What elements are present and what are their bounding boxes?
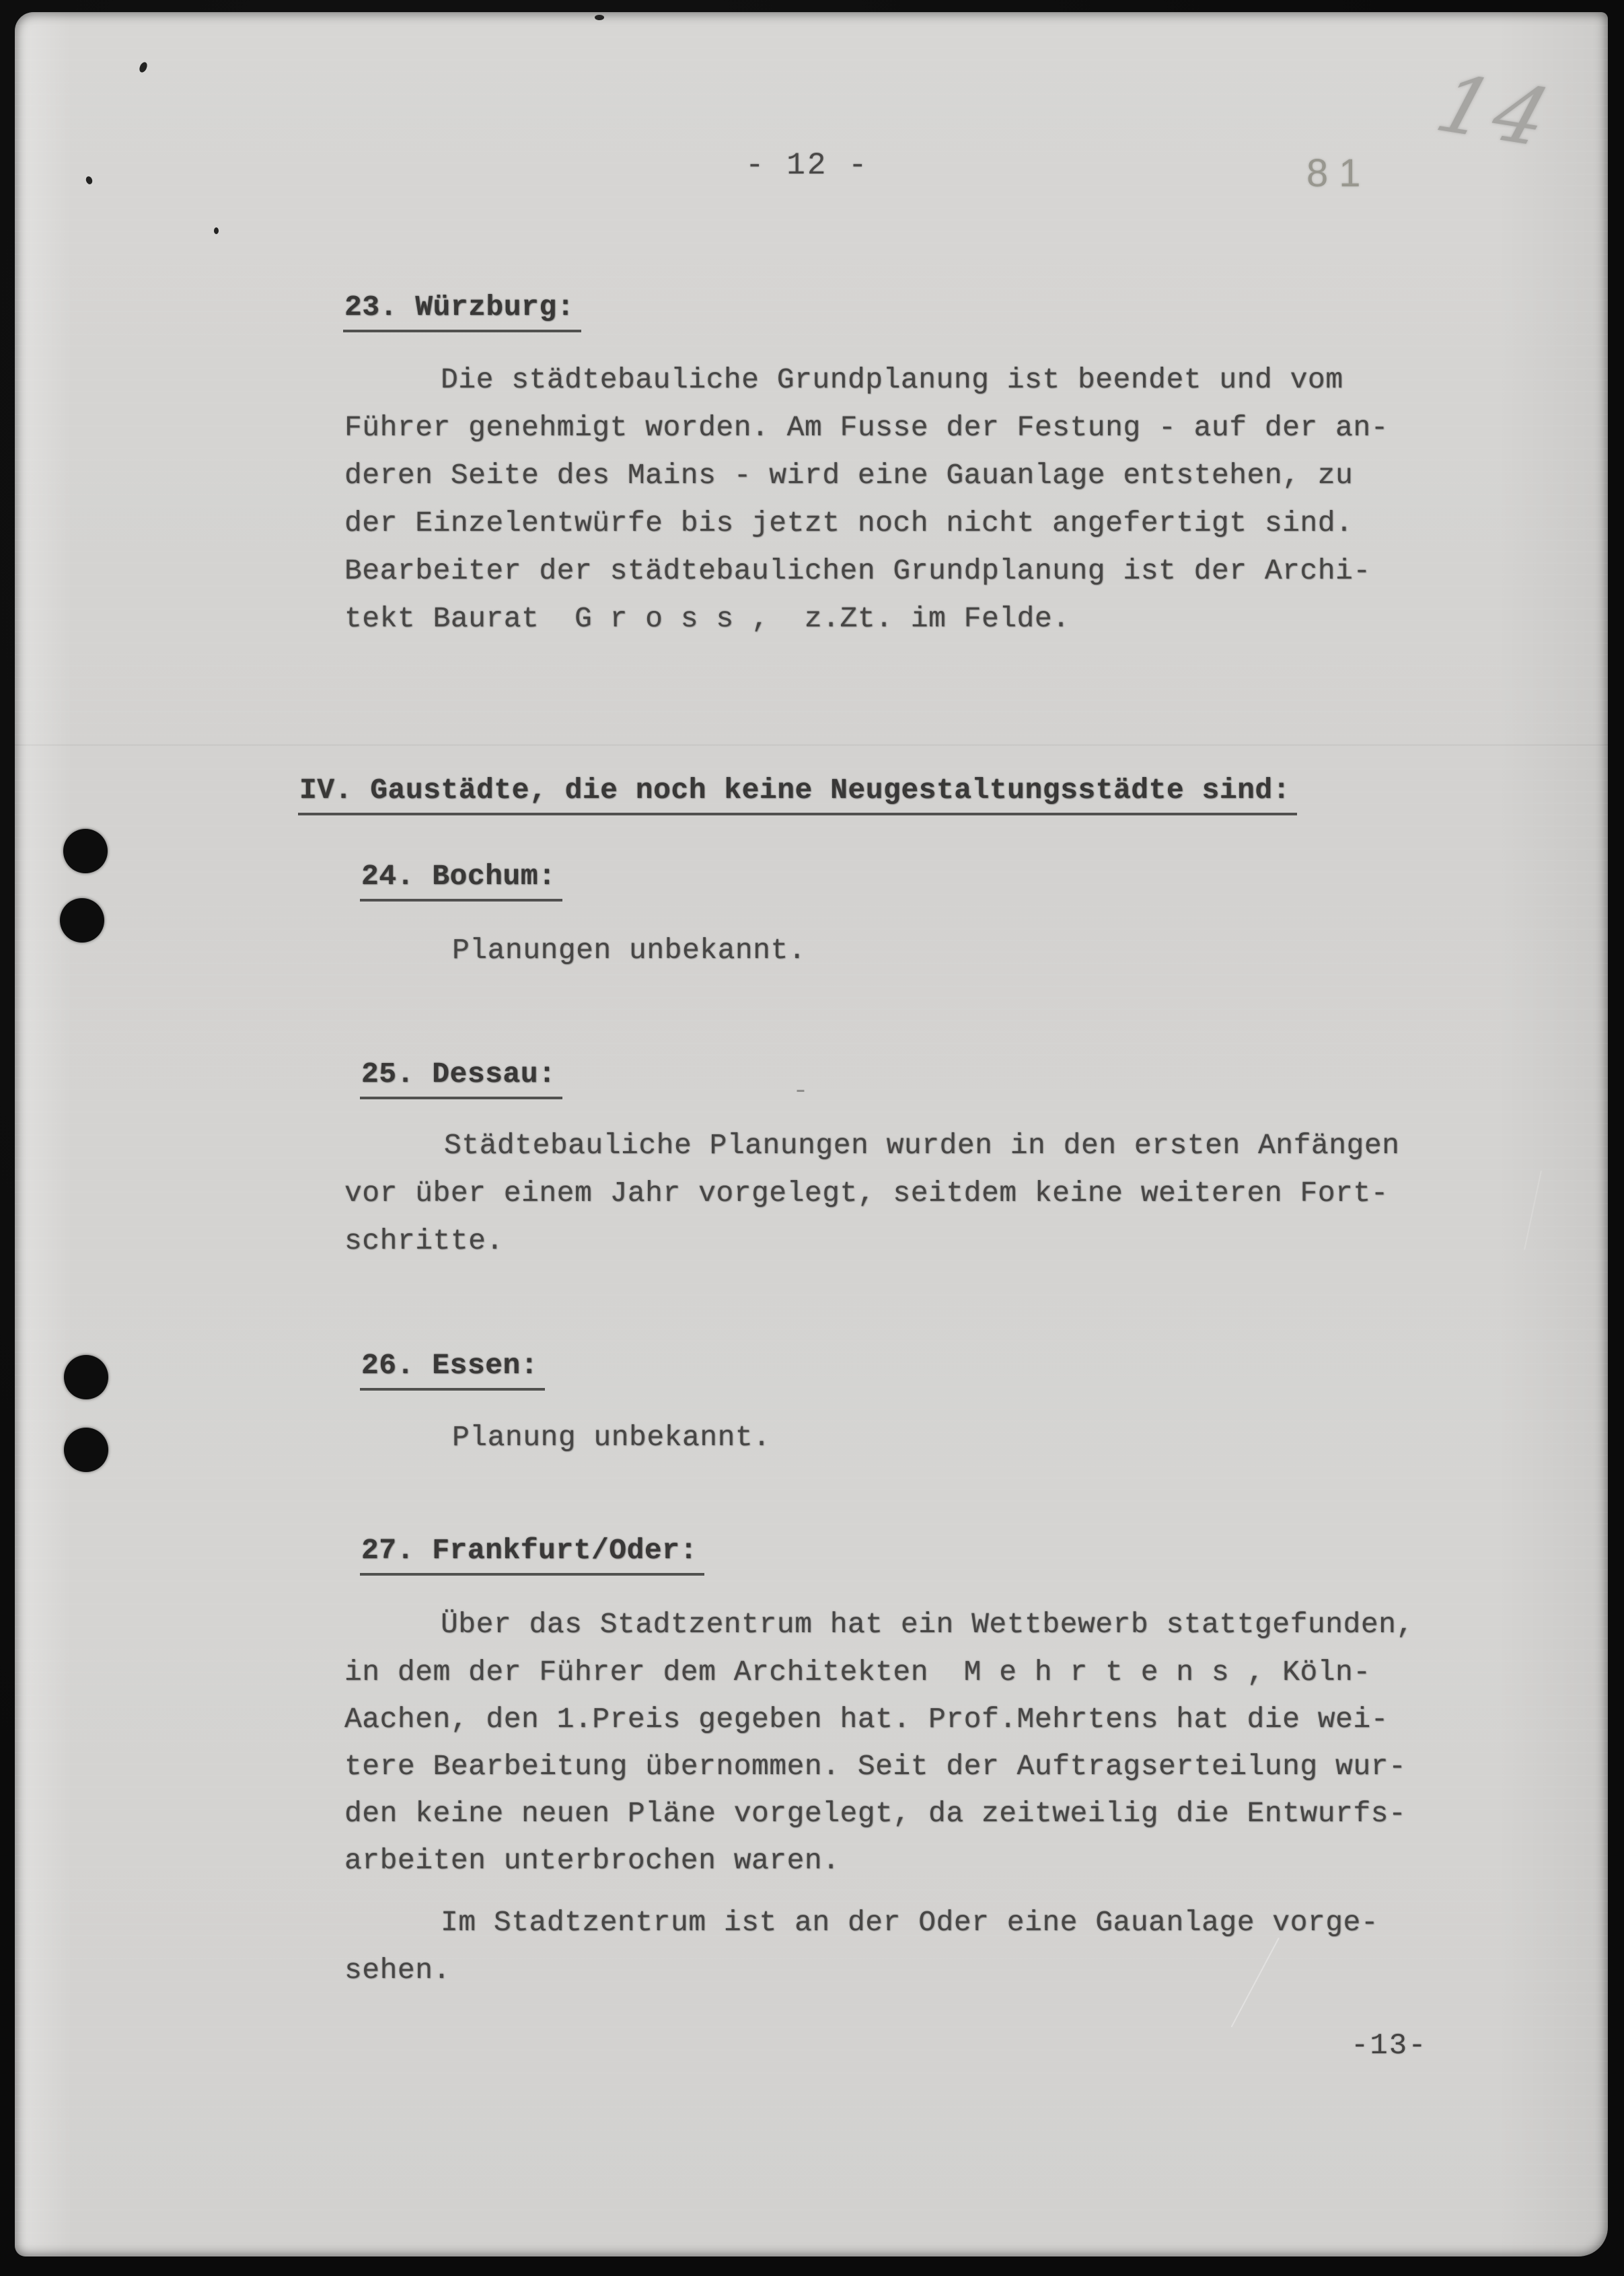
section-heading-dessau: 25. Dessau:	[360, 1058, 562, 1099]
text-line: vor über einem Jahr vorgelegt, seitdem k…	[344, 1177, 1389, 1210]
section-heading-essen: 26. Essen:	[360, 1349, 545, 1391]
punch-hole	[64, 1355, 108, 1399]
text-line: Planungen unbekannt.	[452, 934, 806, 967]
punch-hole	[64, 1428, 108, 1472]
text-line: tere Bearbeitung übernommen. Seit der Au…	[344, 1750, 1406, 1783]
page-number: - 12 -	[745, 148, 869, 183]
chapter-heading-iv: IV. Gaustädte, die noch keine Neugestalt…	[298, 774, 1297, 815]
text-line: arbeiten unterbrochen waren.	[344, 1844, 840, 1877]
punch-hole	[63, 829, 108, 873]
text-line: sehen.	[344, 1954, 451, 1987]
text-line: Führer genehmigt worden. Am Fusse der Fe…	[344, 411, 1389, 444]
archive-stamp-number: 81	[1306, 151, 1372, 196]
section-heading-wuerzburg: 23. Würzburg:	[343, 291, 581, 332]
text-line: Bearbeiter der städtebaulichen Grundplan…	[344, 554, 1371, 587]
text-line: den keine neuen Pläne vorgelegt, da zeit…	[344, 1797, 1406, 1830]
text-line: Im Stadtzentrum ist an der Oder eine Gau…	[441, 1906, 1378, 1939]
text-line: Städtebauliche Planungen wurden in den e…	[444, 1129, 1399, 1162]
text-line: Die städtebauliche Grundplanung ist been…	[441, 363, 1343, 396]
section-heading-bochum: 24. Bochum:	[360, 860, 562, 902]
text-line: deren Seite des Mains - wird eine Gauanl…	[344, 459, 1353, 492]
text-line: in dem der Führer dem Architekten M e h …	[344, 1656, 1371, 1689]
text-line: der Einzelentwürfe bis jetzt noch nicht …	[344, 507, 1353, 540]
dust-speck	[595, 15, 604, 20]
dust-speck	[214, 227, 219, 234]
stray-mark: -	[792, 1076, 809, 1107]
punch-hole	[60, 898, 104, 943]
section-heading-frankfurt-oder: 27. Frankfurt/Oder:	[360, 1534, 704, 1576]
text-line: schritte.	[344, 1224, 504, 1257]
fold-line	[15, 744, 1608, 746]
text-line: tekt Baurat G r o s s , z.Zt. im Felde.	[344, 602, 1070, 635]
text-line: Über das Stadtzentrum hat ein Wettbewerb…	[441, 1608, 1414, 1641]
text-line: Planung unbekannt.	[452, 1421, 770, 1454]
text-line: Aachen, den 1.Preis gegeben hat. Prof.Me…	[344, 1703, 1389, 1736]
catchword-next-page: -13-	[1351, 2029, 1428, 2063]
scanned-document-page: - 12 - 81 14 23. Würzburg: Die städtebau…	[0, 0, 1624, 2276]
